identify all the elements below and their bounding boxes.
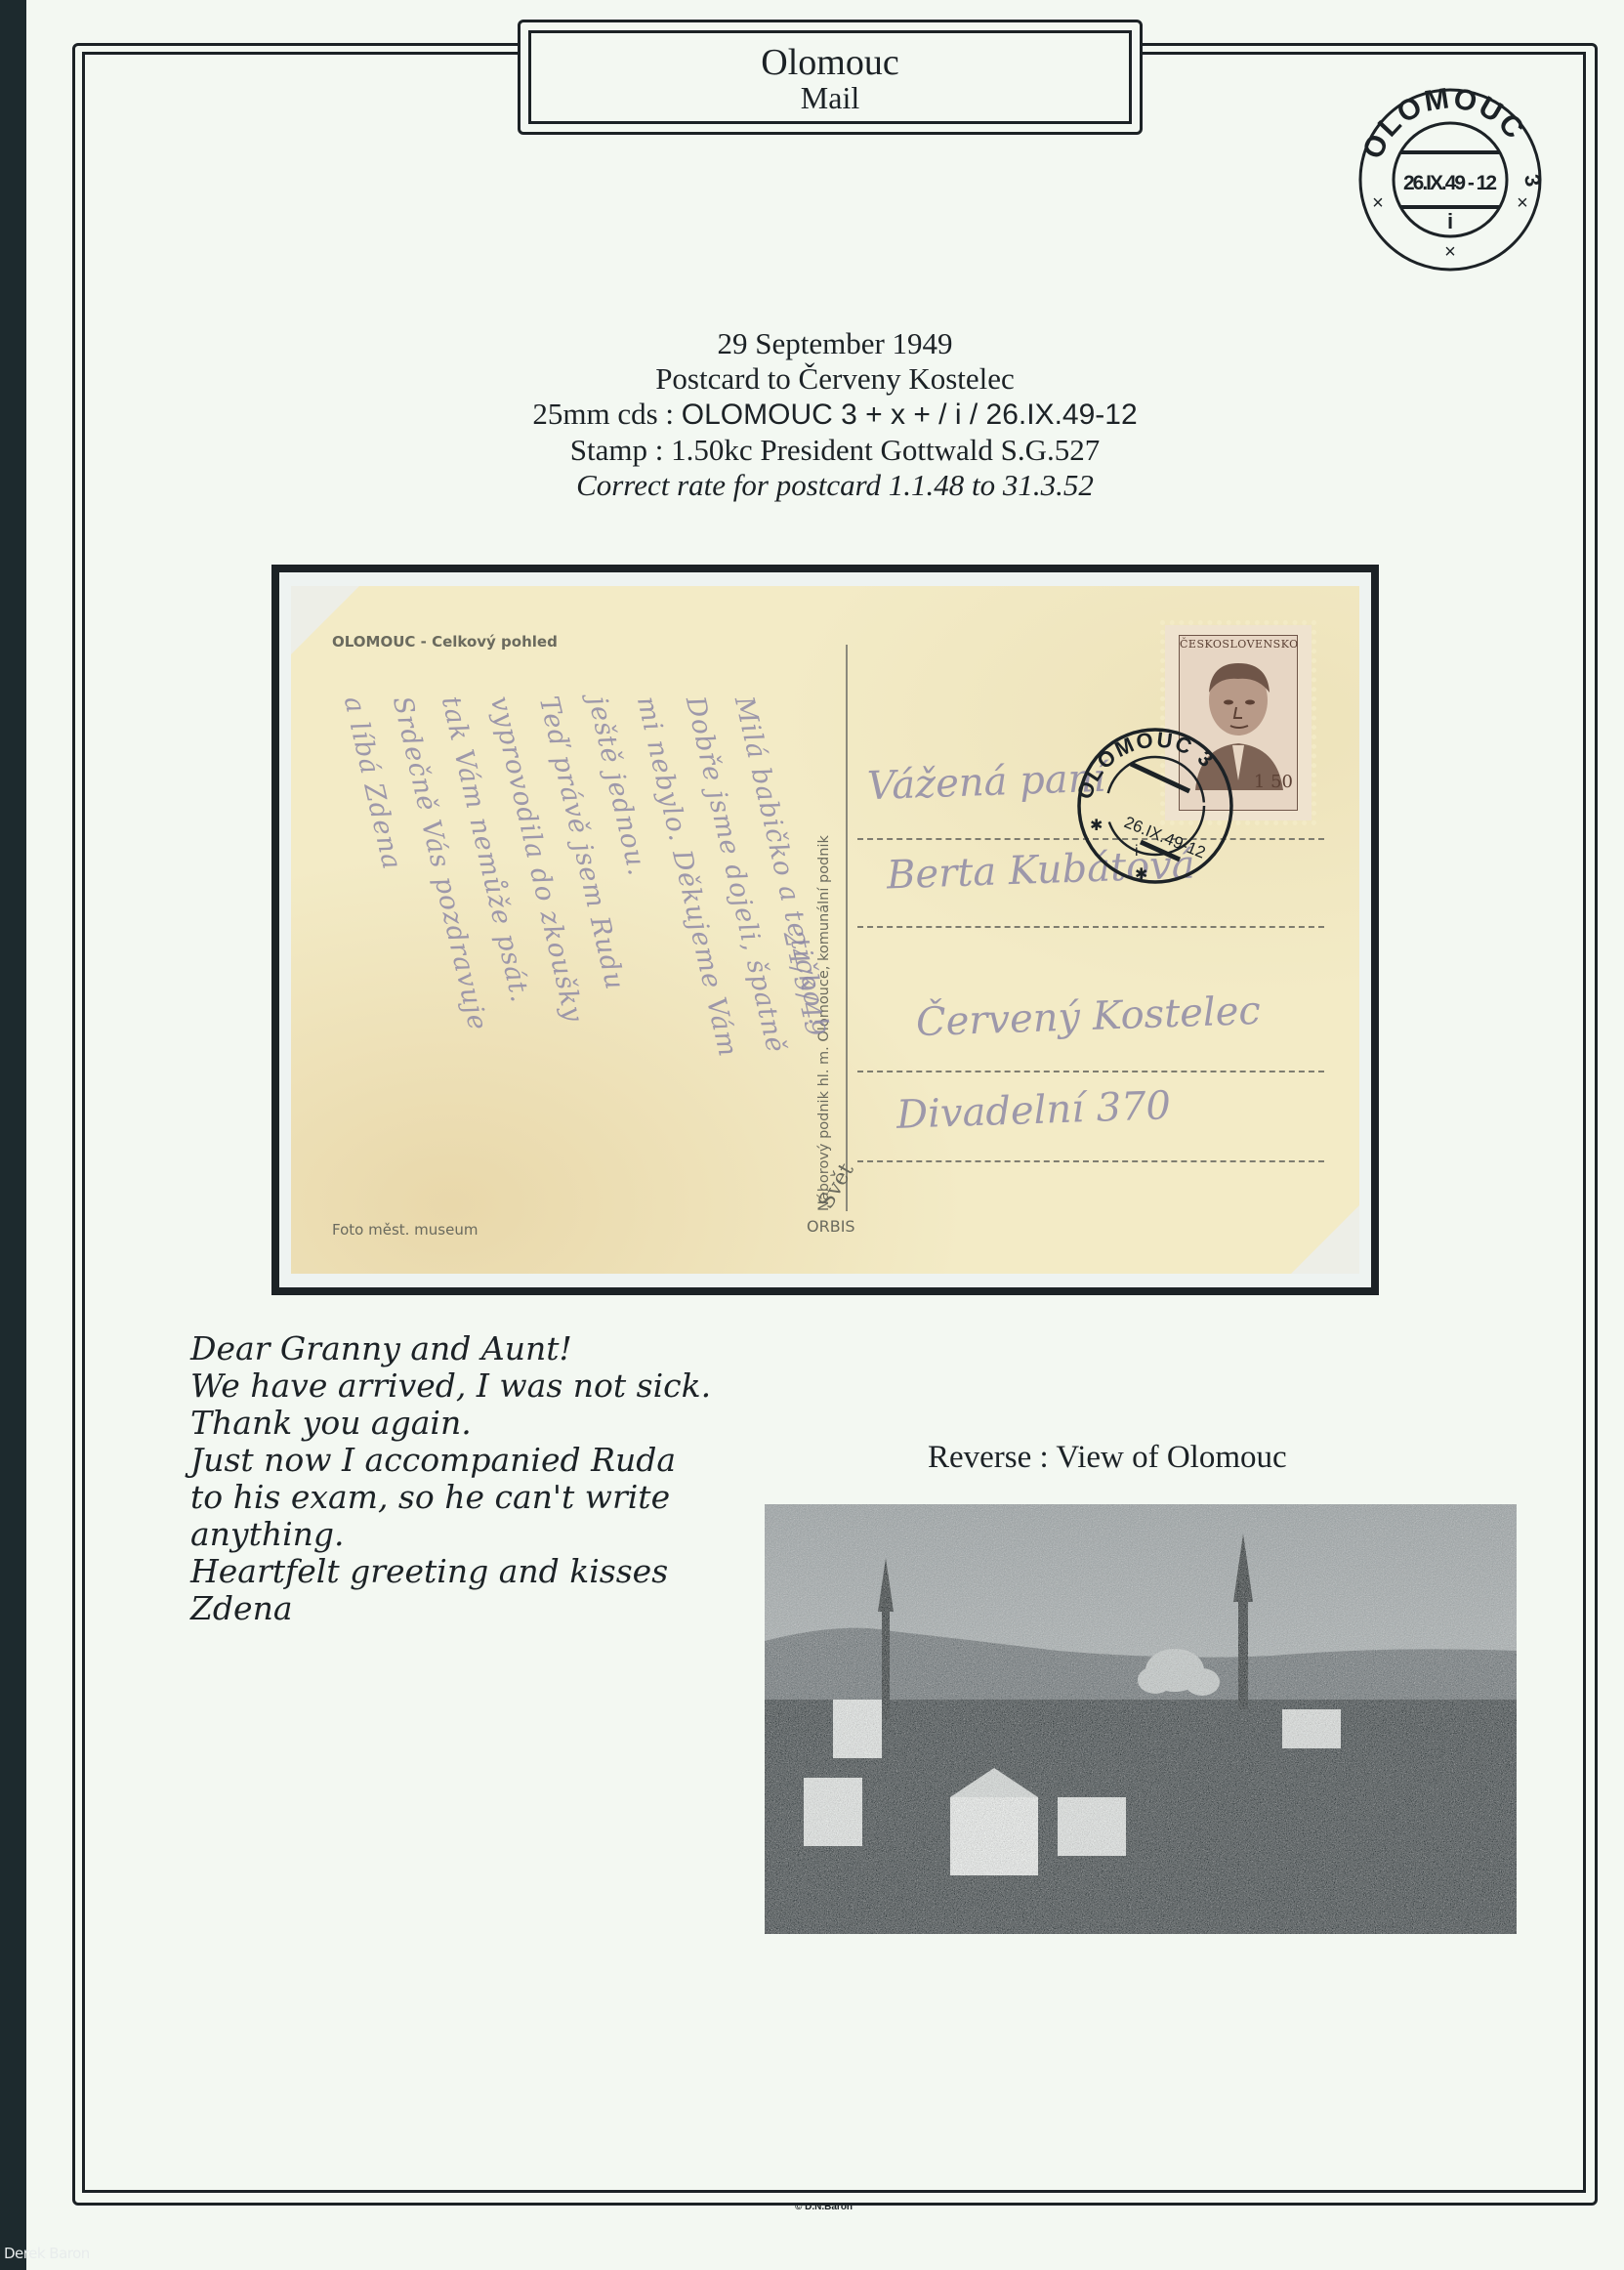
address-line xyxy=(857,1160,1324,1162)
card-cancel-index: i xyxy=(1135,843,1139,860)
card-cancel-town: OLOMOUC 3 xyxy=(1072,727,1220,802)
cds-cross-bottom: × xyxy=(1444,241,1456,263)
card-cancel-cross: ✱ xyxy=(1090,818,1103,834)
transcription-line: We have arrived, I was not sick. xyxy=(190,1367,776,1405)
card-cancel-cross: ✱ xyxy=(1135,866,1147,883)
svg-text:OLOMOUC 3: OLOMOUC 3 xyxy=(1072,727,1220,802)
title-box-inner: Olomouc Mail xyxy=(528,30,1132,124)
cancellation-mark: OLOMOUC 3 26.IX.49 - 12 i × × × xyxy=(1353,82,1548,277)
page-subtitle: Mail xyxy=(531,82,1129,113)
postcard-mount: OLOMOUC - Celkový pohled Foto měst. muse… xyxy=(271,565,1379,1295)
cds-cross-left: × xyxy=(1372,192,1384,214)
transcription-line: Thank you again. xyxy=(190,1405,776,1442)
item-title: Postcard to Červeny Kostelec xyxy=(293,361,1377,397)
postcard-printer: ORBIS xyxy=(807,1217,855,1236)
postcard-divider xyxy=(846,645,848,1211)
postcard-cancellation: OLOMOUC 3 26.IX.49-12 i ✱ ✱ xyxy=(1072,723,1238,889)
watermark: Derek Baron xyxy=(4,2245,90,2262)
transcription-line: Just now I accompanied Ruda xyxy=(190,1442,776,1479)
stamp-value: 1 50 xyxy=(1254,772,1293,792)
address-salutation: Vážená paní xyxy=(866,756,1106,809)
transcription-line: anything. xyxy=(190,1516,776,1553)
scan-edge xyxy=(0,0,26,2270)
address-street: Divadelní 370 xyxy=(895,1083,1171,1138)
transcription-line: Zdena xyxy=(190,1590,776,1627)
cds-date: 26.IX.49 - 12 xyxy=(1403,172,1497,194)
transcription-line: to his exam, so he can't write xyxy=(190,1479,776,1516)
item-stamp: Stamp : 1.50kc President Gottwald S.G.52… xyxy=(293,433,1377,468)
transcription-line: Heartfelt greeting and kisses xyxy=(190,1553,776,1590)
item-cds: 25mm cds : OLOMOUC 3 + x + / i / 26.IX.4… xyxy=(293,397,1377,433)
item-date: 29 September 1949 xyxy=(293,326,1377,361)
cds-value: OLOMOUC 3 + x + / i / 26.IX.49-12 xyxy=(682,399,1138,431)
cds-office-number: 3 xyxy=(1520,173,1546,189)
address-line xyxy=(857,926,1324,928)
address-line xyxy=(857,1071,1324,1072)
postcard-photo-credit: Foto měst. museum xyxy=(332,1221,478,1239)
cds-label: 25mm cds : xyxy=(532,397,681,431)
item-rate-note: Correct rate for postcard 1.1.48 to 31.3… xyxy=(293,468,1377,503)
title-box: Olomouc Mail xyxy=(518,20,1143,135)
reverse-photo xyxy=(765,1504,1517,1934)
page-title: Olomouc xyxy=(531,43,1129,82)
cds-index: i xyxy=(1447,209,1453,233)
handwritten-message: 24/9/49Milá babičko a tetičko !Dobře jsm… xyxy=(309,684,836,1211)
postcard: OLOMOUC - Celkový pohled Foto měst. muse… xyxy=(291,586,1359,1274)
reverse-label: Reverse : View of Olomouc xyxy=(928,1440,1287,1476)
copyright: © D.N.Baron xyxy=(795,2202,853,2212)
message-transcription: Dear Granny and Aunt!We have arrived, I … xyxy=(190,1330,776,1627)
cds-cross-right: × xyxy=(1517,192,1528,214)
postcard-caption: OLOMOUC - Celkový pohled xyxy=(332,633,558,651)
mount-corner-bottom-right xyxy=(1291,1205,1359,1274)
address-town: Červený Kostelec xyxy=(915,988,1261,1045)
stamp-country: ČESKOSLOVENSKO xyxy=(1180,638,1297,651)
item-description: 29 September 1949 Postcard to Červeny Ko… xyxy=(293,326,1377,503)
transcription-line: Dear Granny and Aunt! xyxy=(190,1330,776,1367)
